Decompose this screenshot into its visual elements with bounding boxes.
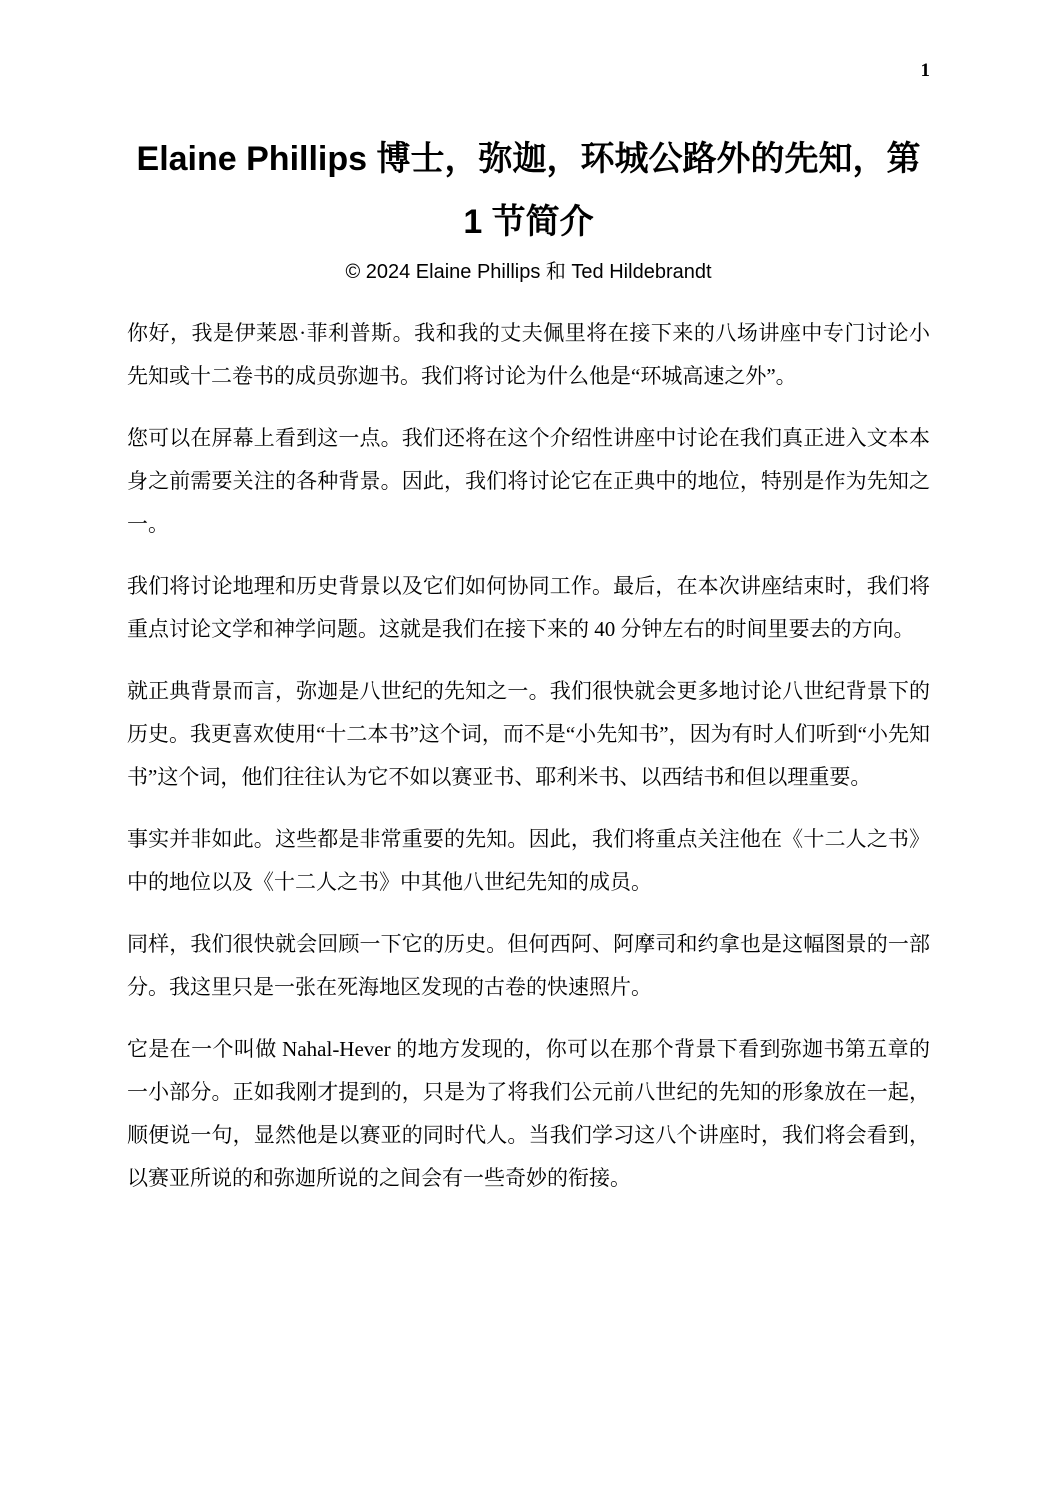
paragraph-2: 您可以在屏幕上看到这一点。我们还将在这个介绍性讲座中讨论在我们真正进入文本本身之… xyxy=(127,417,930,546)
document-title: Elaine Phillips 博士，弥迦，环城公路外的先知，第 1 节简介 xyxy=(127,128,930,254)
paragraph-1: 你好，我是伊莱恩·菲利普斯。我和我的丈夫佩里将在接下来的八场讲座中专门讨论小先知… xyxy=(127,312,930,398)
document-page: 1 Elaine Phillips 博士，弥迦，环城公路外的先知，第 1 节简介… xyxy=(0,0,1058,1497)
copyright-byline: © 2024 Elaine Phillips 和 Ted Hildebrandt xyxy=(127,260,930,284)
paragraph-5: 事实并非如此。这些都是非常重要的先知。因此，我们将重点关注他在《十二人之书》中的… xyxy=(127,818,930,904)
title-line-1: Elaine Phillips 博士，弥迦，环城公路外的先知，第 xyxy=(127,128,930,191)
page-number: 1 xyxy=(127,60,930,82)
paragraph-3: 我们将讨论地理和历史背景以及它们如何协同工作。最后，在本次讲座结束时，我们将重点… xyxy=(127,565,930,651)
title-line-2: 1 节简介 xyxy=(127,191,930,254)
paragraph-4: 就正典背景而言，弥迦是八世纪的先知之一。我们很快就会更多地讨论八世纪背景下的历史… xyxy=(127,670,930,799)
document-body: 你好，我是伊莱恩·菲利普斯。我和我的丈夫佩里将在接下来的八场讲座中专门讨论小先知… xyxy=(127,312,930,1200)
paragraph-6: 同样，我们很快就会回顾一下它的历史。但何西阿、阿摩司和约拿也是这幅图景的一部分。… xyxy=(127,923,930,1009)
paragraph-7: 它是在一个叫做 Nahal-Hever 的地方发现的，你可以在那个背景下看到弥迦… xyxy=(127,1028,930,1200)
